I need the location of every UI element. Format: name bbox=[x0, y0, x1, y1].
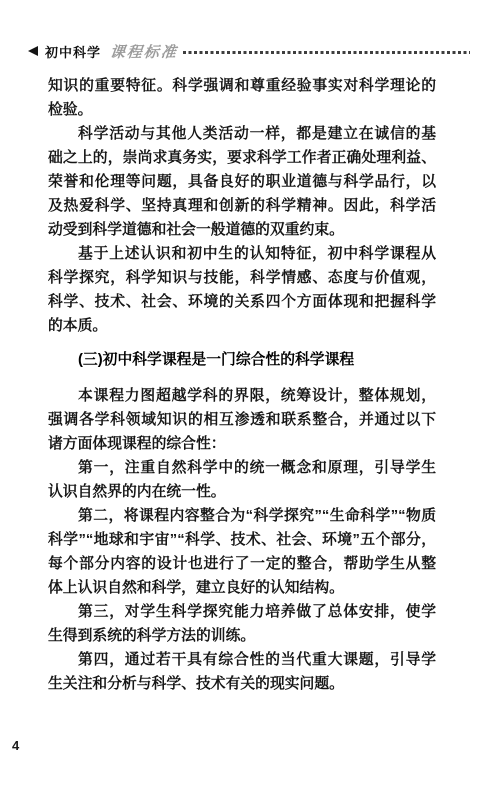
text-line: 第二，将课程内容整合为“科学探究”“生命科学”“物质 bbox=[48, 504, 436, 528]
document-body: 知识的重要特征。科学强调和尊重经验事实对科学理论的 检验。 科学活动与其他人类活… bbox=[48, 74, 436, 696]
text-line: 及热爱科学、坚持真理和创新的科学精神。因此，科学活 bbox=[48, 194, 436, 218]
text-line: 第三，对学生科学探究能力培养做了总体安排，使学 bbox=[48, 600, 436, 624]
text-line: 强调各学科领域知识的相互渗透和联系整合，并通过以下 bbox=[48, 408, 436, 432]
text-line: 诸方面体现课程的综合性： bbox=[48, 432, 436, 456]
text-line: 荣誉和伦理等问题，具备良好的职业道德与科学品行，以 bbox=[48, 170, 436, 194]
text-line: 基于上述认识和初中生的认知特征，初中科学课程从 bbox=[48, 242, 436, 266]
text-line: 知识的重要特征。科学强调和尊重经验事实对科学理论的 bbox=[48, 74, 436, 98]
text-line: 生得到系统的科学方法的训练。 bbox=[48, 624, 436, 648]
page-number: 4 bbox=[12, 738, 19, 753]
header-script-title: 课程标准 bbox=[109, 41, 179, 62]
text-line: 科学活动与其他人类活动一样，都是建立在诚信的基 bbox=[48, 122, 436, 146]
section-heading: (三)初中科学课程是一门综合性的科学课程 bbox=[48, 348, 436, 372]
text-line: 科学”“地球和宇宙”“科学、技术、社会、环境”五个部分， bbox=[48, 528, 436, 552]
left-triangle-icon bbox=[28, 46, 38, 56]
text-line: 动受到科学道德和社会一般道德的双重约束。 bbox=[48, 218, 436, 242]
text-line: 科学探究，科学知识与技能，科学情感、态度与价值观， bbox=[48, 266, 436, 290]
text-line: 检验。 bbox=[48, 98, 436, 122]
text-line: 认识自然界的内在统一性。 bbox=[48, 480, 436, 504]
text-line: 第一，注重自然科学中的统一概念和原理，引导学生 bbox=[48, 456, 436, 480]
text-line: 础之上的，崇尚求真务实，要求科学工作者正确处理利益、 bbox=[48, 146, 436, 170]
book-page: 初中科学 课程标准 知识的重要特征。科学强调和尊重经验事实对科学理论的 检验。 … bbox=[0, 0, 482, 804]
text-line: 生关注和分析与科学、技术有关的现实问题。 bbox=[48, 672, 436, 696]
text-line: 每个部分内容的设计也进行了一定的整合，帮助学生从整 bbox=[48, 552, 436, 576]
text-line: 本课程力图超越学科的界限，统筹设计，整体规划， bbox=[48, 384, 436, 408]
text-line: 体上认识自然和科学，建立良好的认知结构。 bbox=[48, 576, 436, 600]
header-series-title: 初中科学 bbox=[45, 42, 101, 61]
text-line: 科学、技术、社会、环境的关系四个方面体现和把握科学 bbox=[48, 290, 436, 314]
text-line: 的本质。 bbox=[48, 314, 436, 338]
page-header: 初中科学 课程标准 bbox=[28, 40, 470, 62]
text-line: 第四，通过若干具有综合性的当代重大课题，引导学 bbox=[48, 648, 436, 672]
header-dotted-rule bbox=[183, 51, 470, 54]
